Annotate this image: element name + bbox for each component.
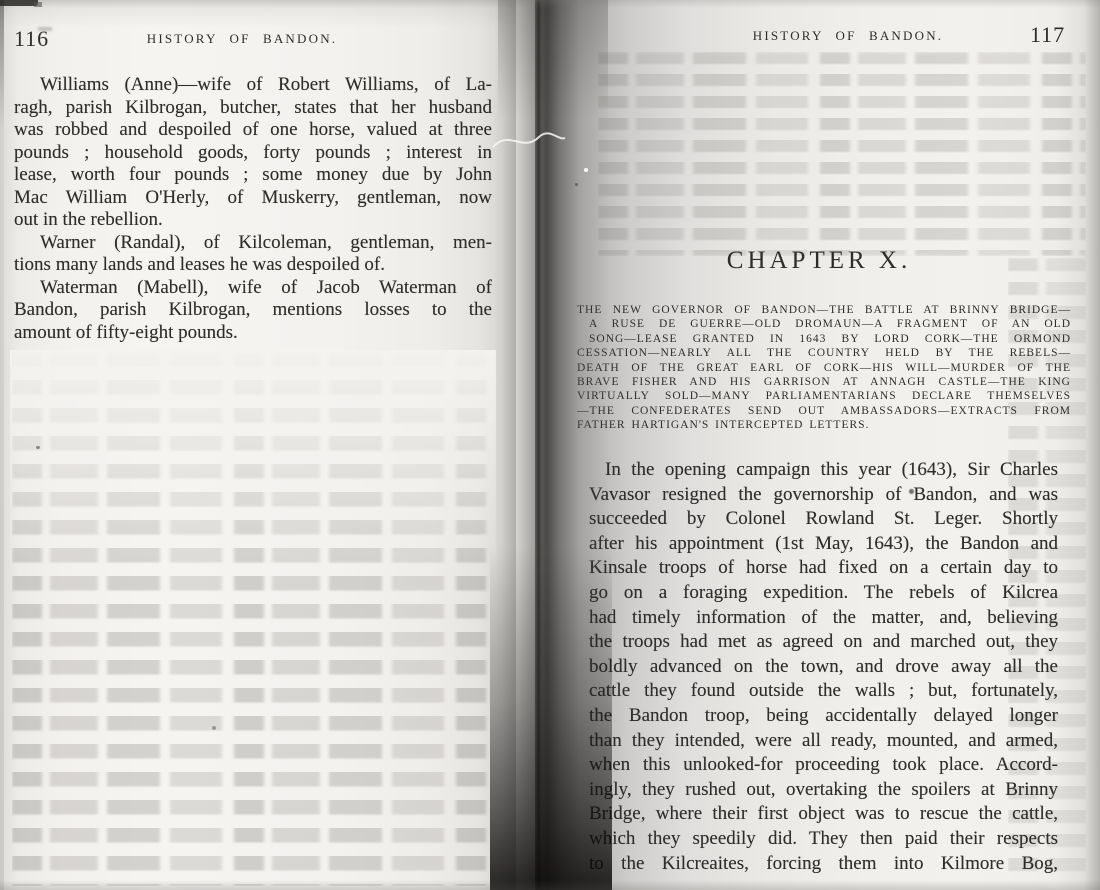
summary-line: A RUSE DE GUERRE—OLD DROMAUN—A FRAGMENT … (577, 317, 1071, 331)
text-line: go on a foraging expedition. The rebels … (589, 581, 1058, 606)
summary-line: FATHER HARTIGAN'S INTERCEPTED LETTERS. (577, 418, 1071, 432)
text-line: to the Kilcreaites, forcing them into Ki… (589, 852, 1058, 877)
text-line: pounds ; household goods, forty pounds ;… (14, 142, 492, 165)
text-line: lease, worth four pounds ; some money du… (14, 164, 492, 187)
text-line: Bridge, where their first object was to … (589, 802, 1058, 827)
chapter-summary: THE NEW GOVERNOR OF BANDON—THE BATTLE AT… (577, 303, 1071, 433)
text-line: Williams (Anne)—wife of Robert Williams,… (14, 74, 492, 97)
text-line: was robbed and despoiled of one horse, v… (14, 119, 492, 142)
chapter-heading: CHAPTER X. (568, 247, 1070, 275)
text-line: amount of fifty-eight pounds. (14, 322, 492, 345)
text-line: tions many lands and leases he was despo… (14, 254, 492, 277)
text-line: boldly advanced on the town, and drove a… (589, 655, 1058, 680)
text-line: succeeded by Colonel Rowland St. Leger. … (589, 507, 1058, 532)
text-line: ingly, they rushed out, overtaking the s… (589, 778, 1058, 803)
text-line: had timely information of the matter, an… (589, 606, 1058, 631)
summary-line: THE NEW GOVERNOR OF BANDON—THE BATTLE AT… (577, 303, 1071, 317)
text-line: Waterman (Mabell), wife of Jacob Waterma… (14, 277, 492, 300)
text-line: Kinsale troops of horse had fixed on a c… (589, 556, 1058, 581)
text-line: ragh, parish Kilbrogan, butcher, states … (14, 97, 492, 120)
summary-line: —THE CONFEDERATES SEND OUT AMBASSADORS—E… (577, 404, 1071, 418)
text-line: Bandon, parish Kilbrogan, mentions losse… (14, 299, 492, 322)
running-header-left: HISTORY OF BANDON. (122, 31, 362, 47)
text-line: cattle they found outside the walls ; bu… (589, 679, 1058, 704)
text-line: than they intended, were all ready, moun… (589, 729, 1058, 754)
summary-line: BRAVE FISHER AND HIS GARRISON AT ANNAGH … (577, 375, 1071, 389)
text-line: Mac William O'Herly, of Muskerry, gentle… (14, 187, 492, 210)
text-line: which they speedily did. They then paid … (589, 827, 1058, 852)
text-line: when this unlooked-for proceeding took p… (589, 753, 1058, 778)
summary-line: DEATH OF THE GREAT EARL OF CORK—HIS WILL… (577, 361, 1071, 375)
text-line: after his appointment (1st May, 1643), t… (589, 532, 1058, 557)
page-number-left: 116 (14, 26, 49, 52)
book-scan: 116 HISTORY OF BANDON. Williams (Anne)—w… (0, 0, 1100, 890)
text-line: In the opening campaign this year (1643)… (589, 458, 1058, 483)
summary-line: CESSATION—NEARLY ALL THE COUNTRY HELD BY… (577, 346, 1071, 360)
text-line: the Bandon troop, being accidentally del… (589, 704, 1058, 729)
text-line: the troops had met as agreed on and marc… (589, 630, 1058, 655)
page-number-right: 117 (1030, 22, 1065, 48)
text-line: out in the rebellion. (14, 209, 492, 232)
body-text-left: Williams (Anne)—wife of Robert Williams,… (14, 74, 492, 344)
summary-line: VIRTUALLY SOLD—MANY PARLIAMENTARIANS DEC… (577, 389, 1071, 403)
text-line: Warner (Randal), of Kilcoleman, gentlema… (14, 232, 492, 255)
body-text-right: In the opening campaign this year (1643)… (589, 458, 1058, 876)
summary-line: SONG—LEASE GRANTED IN 1643 BY LORD CORK—… (577, 332, 1071, 346)
running-header-right: HISTORY OF BANDON. (728, 28, 968, 44)
text-line: Vavasor resigned the governorship of Ban… (589, 483, 1058, 508)
